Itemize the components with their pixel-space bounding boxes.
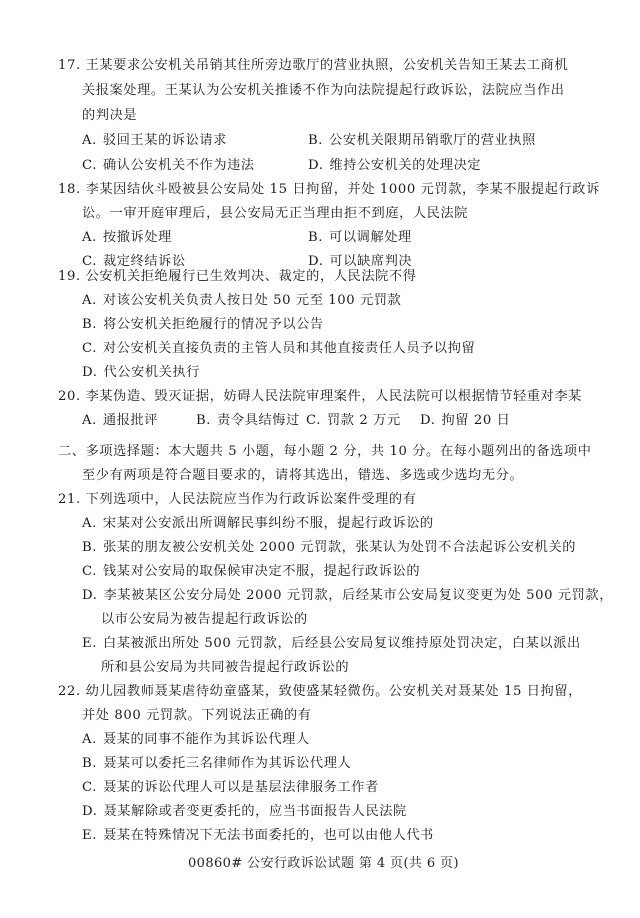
- question-stem: 幼儿园教师聂某虐待幼童盛某，致使盛某轻微伤。公安机关对聂某处 15 日拘留，: [86, 684, 582, 699]
- question-21-line-1: 21. 下列选项中，人民法院应当作为行政诉讼案件受理的有: [58, 491, 416, 509]
- option-e-continued: 所和县公安局为共同被告提起行政诉讼的: [101, 659, 349, 677]
- question-number: 18.: [58, 181, 81, 199]
- question-18-line-1: 18. 李某因结伙斗殴被县公安局处 15 日拘留，并处 1000 元罚款，李某不…: [58, 181, 600, 199]
- option-a: A.通报批评: [82, 412, 158, 430]
- option-d: D.拘留 20 日: [420, 412, 510, 430]
- option-d-continued: 以市公安局为被告提起行政诉讼的: [101, 611, 308, 629]
- page-footer: 00860# 公安行政诉讼试题 第 4 页(共 6 页): [188, 852, 459, 871]
- option-c: C.确认公安机关不作为违法: [82, 157, 255, 175]
- question-number: 17.: [58, 57, 81, 75]
- question-stem: 并处 800 元罚款。下列说法正确的有: [82, 707, 312, 725]
- option-d: D.维持公安机关的处理决定: [308, 157, 481, 175]
- question-19-line-1: 19. 公安机关拒绝履行已生效判决、裁定的，人民法院不得: [58, 268, 416, 286]
- option-c: C.钱某对公安局的取保候审决定不服，提起行政诉讼的: [82, 563, 420, 581]
- option-d: D.代公安机关执行: [82, 364, 200, 382]
- option-a: A.按撤诉处理: [82, 229, 172, 247]
- option-a: A.宋某对公安派出所调解民事纠纷不服，提起行政诉讼的: [82, 515, 434, 533]
- question-stem: 下列选项中，人民法院应当作为行政诉讼案件受理的有: [86, 492, 417, 507]
- option-c: C.罚款 2 万元: [306, 412, 401, 430]
- option-c: C.聂某的诉讼代理人可以是基层法律服务工作者: [82, 779, 379, 797]
- option-b: B.可以调解处理: [308, 229, 412, 247]
- question-stem: 公安机关拒绝履行已生效判决、裁定的，人民法院不得: [86, 269, 417, 284]
- option-c: C.对公安机关直接负责的主管人员和其他直接责任人员予以拘留: [82, 340, 475, 358]
- section-instructions: 至少有两项是符合题目要求的，请将其选出，错选、多选或少选均无分。: [82, 467, 523, 485]
- question-number: 22.: [58, 683, 81, 701]
- question-number: 21.: [58, 491, 81, 509]
- option-d: D.聂某解除或者变更委托的，应当书面报告人民法院: [82, 803, 407, 821]
- option-b: B.将公安机关拒绝履行的情况予以公告: [82, 316, 324, 334]
- question-22-line-1: 22. 幼儿园教师聂某虐待幼童盛某，致使盛某轻微伤。公安机关对聂某处 15 日拘…: [58, 683, 582, 701]
- question-17-line-1: 17. 王某要求公安机关吊销其住所旁边歌厅的营业执照，公安机关告知王某去工商机: [58, 57, 568, 75]
- question-number: 20.: [58, 388, 81, 406]
- question-stem: 王某要求公安机关吊销其住所旁边歌厅的营业执照，公安机关告知王某去工商机: [86, 58, 569, 73]
- question-20-line-1: 20. 李某伪造、毁灭证据，妨碍人民法院审理案件，人民法院可以根据情节轻重对李某: [58, 388, 582, 406]
- option-b: B.张某的朋友被公安机关处 2000 元罚款，张某认为处罚不合法起诉公安机关的: [82, 539, 576, 557]
- option-a: A.聂某的同事不能作为其诉讼代理人: [82, 731, 310, 749]
- option-e: E.聂某在特殊情况下无法书面委托的，也可以由他人代书: [82, 827, 434, 845]
- section-heading: 二、多项选择题：本大题共 5 小题，每小题 2 分，共 10 分。在每小题列出的…: [58, 443, 591, 461]
- question-stem: 讼。一审开庭审理后，县公安局无正当理由拒不到庭，人民法院: [82, 205, 468, 223]
- option-a: A.驳回王某的诉讼请求: [82, 132, 227, 150]
- question-number: 19.: [58, 268, 81, 286]
- option-a: A.对该公安机关负责人按日处 50 元至 100 元罚款: [82, 292, 401, 310]
- question-stem: 关报案处理。王某认为公安机关推诿不作为向法院提起行政诉讼，法院应当作出: [82, 82, 565, 100]
- option-e: E.白某被派出所处 500 元罚款，后经县公安局复议维持原处罚决定，白某以派出: [82, 635, 581, 653]
- option-d: D.李某被某区公安分局处 2000 元罚款，后经某市公安局复议变更为处 500 …: [82, 587, 613, 605]
- question-stem: 李某伪造、毁灭证据，妨碍人民法院审理案件，人民法院可以根据情节轻重对李某: [86, 389, 582, 404]
- option-b: B.责令具结悔过: [196, 412, 300, 430]
- option-b: B.公安机关限期吊销歌厅的营业执照: [308, 132, 536, 150]
- exam-page: 17. 王某要求公安机关吊销其住所旁边歌厅的营业执照，公安机关告知王某去工商机 …: [0, 0, 640, 918]
- question-stem: 的判决是: [82, 107, 137, 125]
- question-stem: 李某因结伙斗殴被县公安局处 15 日拘留，并处 1000 元罚款，李某不服提起行…: [86, 182, 600, 197]
- option-b: B.聂某可以委托三名律师作为其诉讼代理人: [82, 755, 351, 773]
